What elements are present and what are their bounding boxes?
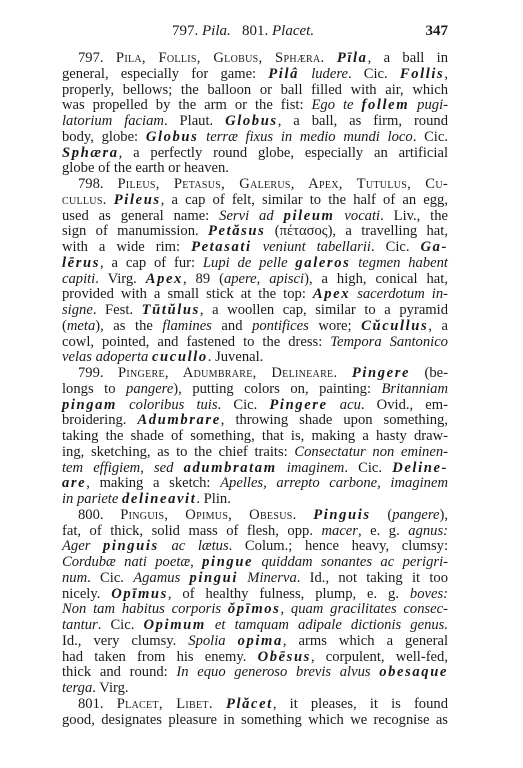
text-run: Id., very clumsy. (62, 633, 188, 649)
text-line: good, designates pleasure in something w… (62, 713, 448, 729)
text-run: ), putting colors on, painting: (173, 381, 381, 397)
headword: cucullo (152, 349, 208, 365)
text-run: . Cic. (344, 460, 392, 476)
latin-quotation: pugi- (409, 97, 448, 113)
text-run: , a cap of felt, similar to the half of … (161, 192, 448, 208)
text-run: ), a high, conical hat, (304, 271, 448, 287)
headword: Pinguis (313, 507, 370, 523)
latin-quotation: num (62, 570, 87, 586)
text-line: tantur. Cic. Opimum et tamquam adipale d… (62, 618, 448, 634)
headword: Deline- (392, 460, 448, 476)
text-run: . Plaut. (164, 113, 225, 129)
headword: Pīla (337, 50, 368, 66)
text-run: with a wide rim: (62, 239, 191, 255)
text-run: . Virg. (95, 271, 146, 287)
latin-quotation: Consectatur non eminen- (294, 444, 448, 460)
header-entry-number-start: 797. (172, 23, 198, 39)
latin-quotation: apisci (269, 271, 304, 287)
latin-quotation: Spolia (188, 633, 237, 649)
text-line: 797. Pila, Follis, Globus, Sphæra. Pīla,… (62, 51, 448, 67)
headword: Globus (225, 113, 278, 129)
latin-quotation: tantur (62, 617, 98, 633)
text-run: , a woollen cap, similar to a pyramid (200, 302, 448, 318)
text-run: , e. g. (358, 523, 408, 539)
latin-quotation: macer (321, 523, 357, 539)
latin-quotation: acu (328, 397, 361, 413)
text-line: globe of the earth or heaven. (62, 161, 448, 177)
latin-quotation: ac lætus (159, 538, 229, 554)
text-run: and (212, 318, 252, 334)
latin-quotation: Ager (62, 538, 103, 554)
text-line: nicely. Opīmus, of healthy fulness, plum… (62, 587, 448, 603)
text-line: used as general name: Servi ad pileum vo… (62, 209, 448, 225)
latin-quotation: ludere (299, 66, 348, 82)
headword: galeros (295, 255, 350, 271)
text-line: Cordubæ nati poetæ, pingue quiddam sonan… (62, 555, 448, 571)
headword: pinguis (103, 538, 159, 554)
text-run: was propelled by the arm or the fist: (62, 97, 311, 113)
text-line: velas adoperta cucullo. Juvenal. (62, 350, 448, 366)
running-title: 797. Pila. 801. Placet. (172, 23, 314, 40)
latin-quotation: veniunt tabellarii (252, 239, 371, 255)
text-line: 798. Pileus, Petasus, Galerus, Apex, Tut… (62, 177, 448, 193)
text-run (337, 365, 351, 381)
text-run: . Cic. (98, 617, 144, 633)
text-line: in pariete delineavit. Plin. (62, 492, 448, 508)
text-run: , arms which a general (283, 633, 448, 649)
latin-quotation: Non tam habitus corporis (62, 601, 228, 617)
text-run: . Liv., the (380, 208, 448, 224)
headword: Cŭcullus (361, 318, 428, 334)
headword: adumbratam (184, 460, 277, 476)
headword: Pileus (114, 192, 161, 208)
latin-quotation: pangere (126, 381, 173, 397)
text-run: wore; (309, 318, 361, 334)
latin-quotation: et tamquam adipale dictionis genus. (206, 617, 448, 633)
latin-quotation: Ego te (311, 97, 361, 113)
latin-quotation: terga (62, 680, 92, 696)
entry-heading: Placet, Libet. (117, 696, 213, 712)
text-line: 799. Pingere, Adumbrare, Delineare. Ping… (62, 366, 448, 382)
latin-quotation: In equo generoso brevis alvus (176, 664, 379, 680)
headword: Petasati (191, 239, 252, 255)
text-line: Id., very clumsy. Spolia opima, arms whi… (62, 634, 448, 650)
text-line: ing, sketching, as to the chief traits: … (62, 445, 448, 461)
text-line: 801. Placet, Libet. Plăcet, it pleases, … (62, 697, 448, 713)
headword: obesaque (379, 664, 448, 680)
text-run: good, designates pleasure in something w… (62, 712, 448, 728)
latin-quotation: , quam gracilitates consec- (280, 601, 448, 617)
text-run: . Colum.; hence heavy, clumsy: (229, 538, 448, 554)
text-run: longs to (62, 381, 126, 397)
text-line: latorium faciam. Plaut. Globus, a ball, … (62, 114, 448, 130)
text-line: properly, bellows; the balloon or ball f… (62, 83, 448, 99)
latin-quotation: quiddam sonantes ac perigri- (253, 554, 448, 570)
latin-quotation: velas adoperta (62, 349, 152, 365)
headword: Pingere (352, 365, 410, 381)
latin-quotation: signe (62, 302, 93, 318)
text-run: fat, of thick, solid mass of flesh, opp. (62, 523, 321, 539)
text-run (297, 507, 314, 523)
text-run: ing, sketching, as to the chief traits: (62, 444, 294, 460)
header-entry-number-end: 801. (242, 23, 268, 39)
headword: Tūtŭlus (142, 302, 200, 318)
headword: Sphæra (62, 145, 119, 161)
latin-quotation: pangere (392, 507, 439, 523)
page-number: 347 (426, 23, 449, 40)
latin-quotation: Tempora Santonico (330, 334, 448, 350)
text-run: , (257, 271, 270, 287)
text-line: had taken from his enemy. Obēsus, corpul… (62, 650, 448, 666)
headword: follem (362, 97, 410, 113)
text-run: . Fest. (93, 302, 142, 318)
text-run: , corpulent, well-fed, (311, 649, 448, 665)
text-run: globe of the earth or heaven. (62, 160, 229, 176)
text-run: . Juvenal. (208, 349, 264, 365)
text-run: . Ovid., em- (361, 397, 448, 413)
latin-quotation: coloribus tuis (117, 397, 218, 413)
headword: Pingere (269, 397, 327, 413)
text-line: lērus, a cap of fur: Lupi de pelle galer… (62, 256, 448, 272)
latin-quotation: apere (224, 271, 257, 287)
headword: Petăsus (208, 223, 265, 239)
latin-quotation: vocati (335, 208, 381, 224)
text-line: Ager pinguis ac lætus. Colum.; hence hea… (62, 539, 448, 555)
headword: pingue (202, 554, 253, 570)
latin-quotation: boves: (410, 586, 448, 602)
text-line: thick and round: In equo generoso brevis… (62, 665, 448, 681)
headword: Ga- (421, 239, 449, 255)
headword: Follis (400, 66, 444, 82)
headword: Apex (146, 271, 183, 287)
running-header: 797. Pila. 801. Placet. 347 (62, 23, 448, 43)
latin-quotation: tegmen habent (350, 255, 448, 271)
text-run: , it pleases, it is found (273, 696, 448, 712)
text-line: fat, of thick, solid mass of flesh, opp.… (62, 524, 448, 540)
text-line: cowl, pointed, and fastened to the dress… (62, 335, 448, 351)
entry-heading: cullus. (62, 192, 107, 208)
latin-quotation: terræ fixus in medio mundi loco (198, 129, 412, 145)
headword: opima (238, 633, 283, 649)
headword: delineavit (122, 491, 196, 507)
latin-quotation: capiti (62, 271, 95, 287)
latin-quotation: sacerdotum in- (350, 286, 448, 302)
text-run: thick and round: (62, 664, 176, 680)
book-page: 797. Pila. 801. Placet. 347 797. Pila, F… (0, 0, 523, 768)
text-line: terga. Virg. (62, 681, 448, 697)
text-line: signe. Fest. Tūtŭlus, a woollen cap, sim… (62, 303, 448, 319)
latin-quotation: Lupi de pelle (203, 255, 295, 271)
entry-heading: Pila, Follis, Globus, Sphæra. (116, 50, 325, 66)
text-run: . Plin. (196, 491, 230, 507)
text-run: . Cic. (87, 570, 133, 586)
latin-quotation: agnus: (408, 523, 448, 539)
text-line: with a wide rim: Petasati veniunt tabell… (62, 240, 448, 256)
text-run: . Virg. (92, 680, 128, 696)
entry-heading: Pingere, Adumbrare, Delineare. (118, 365, 337, 381)
text-run (325, 50, 337, 66)
text-line: taking the shade of something, that is, … (62, 429, 448, 445)
text-run: (be- (410, 365, 448, 381)
text-line: capiti. Virg. Apex, 89 (apere, apisci), … (62, 272, 448, 288)
headword: Obēsus (258, 649, 311, 665)
text-run: taking the shade of something, that is, … (62, 428, 448, 444)
latin-quotation: flamines (162, 318, 211, 334)
headword: ŏpīmos (228, 601, 281, 617)
headword: Globus (146, 129, 199, 145)
text-line: broidering. Adumbrare, throwing shade up… (62, 413, 448, 429)
text-line: pingam coloribus tuis. Cic. Pingere acu.… (62, 398, 448, 414)
text-run: 801. (78, 696, 117, 712)
text-run: , a ball in (368, 50, 448, 66)
text-line: Sphæra, a perfectly round globe, especia… (62, 146, 448, 162)
text-line: body, globe: Globus terræ fixus in medio… (62, 130, 448, 146)
text-run: , a ball, as firm, round (278, 113, 448, 129)
text-run: . Cic. (348, 66, 400, 82)
text-line: was propelled by the arm or the fist: Eg… (62, 98, 448, 114)
text-run: had taken from his enemy. (62, 649, 258, 665)
entry-heading: Pinguis, Opimus, Obesus. (120, 507, 296, 523)
headword: Opimum (144, 617, 206, 633)
entry-heading: Pileus, Petasus, Galerus, Apex, Tutulus,… (117, 176, 448, 192)
text-run: nicely. (62, 586, 111, 602)
text-run: properly, bellows; the balloon or ball f… (62, 82, 448, 98)
text-run: (πέτασος), a travelling hat, (265, 223, 448, 239)
text-run (213, 696, 226, 712)
text-run: . Cic. (371, 239, 421, 255)
headword: pingam (62, 397, 117, 413)
latin-quotation: in pariete (62, 491, 122, 507)
text-line: 800. Pinguis, Opimus, Obesus. Pinguis (p… (62, 508, 448, 524)
latin-quotation: Apelles, arrepto carbone, imaginem (220, 475, 448, 491)
latin-quotation: imaginem (277, 460, 345, 476)
text-run: sign of manumission. (62, 223, 208, 239)
text-line: sign of manumission. Petăsus (πέτασος), … (62, 224, 448, 240)
header-entry-word-end: Placet. (272, 23, 314, 39)
latin-quotation: tem effigiem, sed (62, 460, 184, 476)
text-line: longs to pangere), putting colors on, pa… (62, 382, 448, 398)
text-run: ), (439, 507, 448, 523)
text-run: broidering. (62, 412, 137, 428)
text-line: general, especially for game: Pilâ luder… (62, 67, 448, 83)
header-entry-word-start: Pila. (202, 23, 231, 39)
text-run: , a cap of fur: (100, 255, 203, 271)
text-run: 800. (78, 507, 120, 523)
latin-quotation: meta (67, 318, 95, 334)
headword: lērus (62, 255, 100, 271)
latin-quotation: Cordubæ nati poetæ, (62, 554, 202, 570)
text-run: , (444, 66, 448, 82)
headword: Adumbrare (137, 412, 220, 428)
text-line: (meta), as the flamines and pontifices w… (62, 319, 448, 335)
latin-quotation: Servi ad (219, 208, 283, 224)
latin-quotation: Britanniam (382, 381, 448, 397)
text-line: are, making a sketch: Apelles, arrepto c… (62, 476, 448, 492)
text-run: . Id., not taking it too (297, 570, 448, 586)
text-run: provided with a small stick at the top: (62, 286, 313, 302)
latin-quotation: Minerva (238, 570, 297, 586)
text-run: body, globe: (62, 129, 146, 145)
text-run: used as general name: (62, 208, 219, 224)
text-run: , making a sketch: (86, 475, 220, 491)
text-run: , throwing shade upon something, (221, 412, 448, 428)
text-run (107, 192, 114, 208)
text-run: . Cic. (413, 129, 448, 145)
text-line: tem effigiem, sed adumbratam imaginem. C… (62, 461, 448, 477)
headword: Apex (313, 286, 350, 302)
headword: Opīmus (111, 586, 168, 602)
text-run: ), as the (95, 318, 162, 334)
text-run: , a (428, 318, 448, 334)
text-run: , 89 ( (183, 271, 224, 287)
text-line: provided with a small stick at the top: … (62, 287, 448, 303)
headword: pileum (284, 208, 335, 224)
text-run: , a perfectly round globe, especially an… (119, 145, 448, 161)
text-run: 799. (78, 365, 118, 381)
text-line: cullus. Pileus, a cap of felt, similar t… (62, 193, 448, 209)
text-run: general, especially for game: (62, 66, 268, 82)
headword: Pilâ (268, 66, 299, 82)
headword: Plăcet (226, 696, 273, 712)
text-run: cowl, pointed, and fastened to the dress… (62, 334, 330, 350)
text-run: , of healthy fulness, plump, e. g. (168, 586, 410, 602)
page-body-text: 797. Pila, Follis, Globus, Sphæra. Pīla,… (62, 51, 448, 728)
text-line: num. Cic. Agamus pingui Minerva. Id., no… (62, 571, 448, 587)
text-run: 798. (78, 176, 117, 192)
headword: are (62, 475, 86, 491)
text-run: ( (371, 507, 393, 523)
text-run: . Cic. (218, 397, 270, 413)
latin-quotation: pontifices (252, 318, 309, 334)
latin-quotation: Agamus (133, 570, 189, 586)
text-run: 797. (78, 50, 116, 66)
latin-quotation: latorium faciam (62, 113, 164, 129)
text-line: Non tam habitus corporis ŏpīmos, quam gr… (62, 602, 448, 618)
headword: pingui (190, 570, 239, 586)
